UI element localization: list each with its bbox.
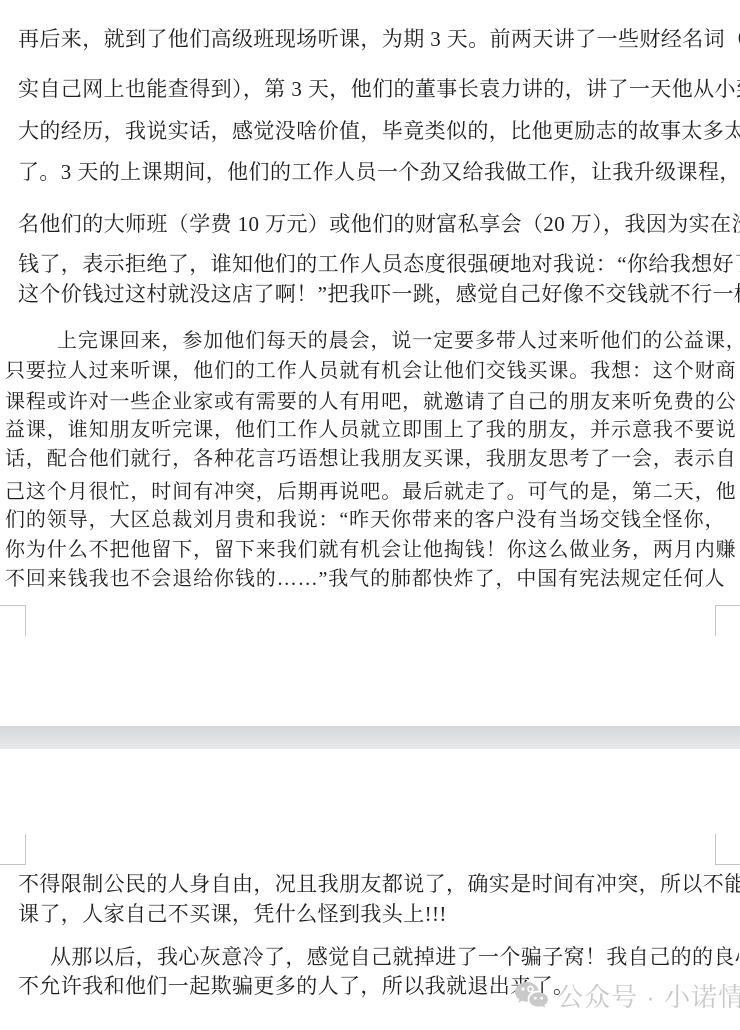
text-line: 再后来，就到了他们高级班现场听课，为期 3 天。前两天讲了一些财经名词（其 bbox=[18, 29, 740, 50]
text-line: 从那以后，我心灰意冷了，感觉自己就掉进了一个骗子窝！我自己的的良心 bbox=[50, 947, 740, 968]
text-line: 课程或许对一些企业家或有需要的人有用吧，就邀请了自己的朋友来听免费的公 bbox=[5, 392, 737, 412]
text-boundary-mark-top-left bbox=[0, 834, 26, 865]
text-line: 不得限制公民的人身自由，况且我朋友都说了，确实是时间有冲突，所以不能买 bbox=[18, 874, 740, 895]
text-line: 益课，谁知朋友听完课，他们工作人员就立即围上了我的朋友，并示意我不要说 bbox=[5, 420, 737, 440]
text-line: 了。3 天的上课期间，他们的工作人员一个劲又给我做工作，让我升级课程，报 bbox=[18, 162, 740, 183]
text-line: 这个价钱过这村就没这店了啊！”把我吓一跳，感觉自己好像不交钱就不行一样。 bbox=[18, 284, 740, 305]
text-line: 只要拉人过来听课，他们的工作人员就有机会让他们交钱买课。我想：这个财商 bbox=[5, 361, 737, 381]
text-line: 不回来钱我也不会退给你钱的……”我气的肺都快炸了，中国有宪法规定任何人 bbox=[5, 569, 725, 589]
text-boundary-mark-top-right bbox=[715, 834, 740, 865]
wechat-icon bbox=[514, 981, 550, 1013]
text-line: 钱了，表示拒绝了，谁知他们的工作人员态度很强硬地对我说：“你给我想好了， bbox=[18, 254, 740, 275]
text-line: 大的经历，我说实话，感觉没啥价值，毕竟类似的，比他更励志的故事太多太多 bbox=[18, 121, 740, 142]
watermark-label: 公众号 · 小诺情报 bbox=[557, 984, 740, 1010]
text-line: 课了，人家自己不买课，凭什么怪到我头上!!! bbox=[18, 904, 447, 925]
text-line: 你为什么不把他留下，留下来我们就有机会让他掏钱！你这么做业务，两月内赚 bbox=[5, 540, 737, 560]
text-line: 话，配合他们就行，各种花言巧语想让我朋友买课，我朋友思考了一会，表示自 bbox=[5, 449, 737, 469]
watermark: 公众号 · 小诺情报 bbox=[514, 980, 740, 1014]
text-line: 们的领导，大区总裁刘月贵和我说：“昨天你带来的客户没有当场交钱全怪你， bbox=[5, 510, 725, 530]
document-page: { "page": { "background": "#ffffff", "te… bbox=[0, 0, 740, 1030]
text-line: 名他们的大师班（学费 10 万元）或他们的财富私享会（20 万），我因为实在没 bbox=[18, 214, 740, 235]
text-line: 实自己网上也能查得到），第 3 天，他们的董事长袁力讲的，讲了一天他从小到 bbox=[18, 79, 740, 100]
page-break-gap bbox=[0, 726, 740, 749]
text-boundary-mark-bottom-left bbox=[0, 605, 26, 636]
text-line: 不允许我和他们一起欺骗更多的人了，所以我就退出来了。 bbox=[18, 976, 574, 997]
text-line: 己这个月很忙，时间有冲突，后期再说吧。最后就走了。可气的是，第二天，他 bbox=[5, 482, 737, 502]
text-boundary-mark-bottom-right bbox=[715, 605, 740, 636]
text-line: 上完课回来，参加他们每天的晨会，说一定要多带人过来听他们的公益课， bbox=[57, 331, 740, 351]
